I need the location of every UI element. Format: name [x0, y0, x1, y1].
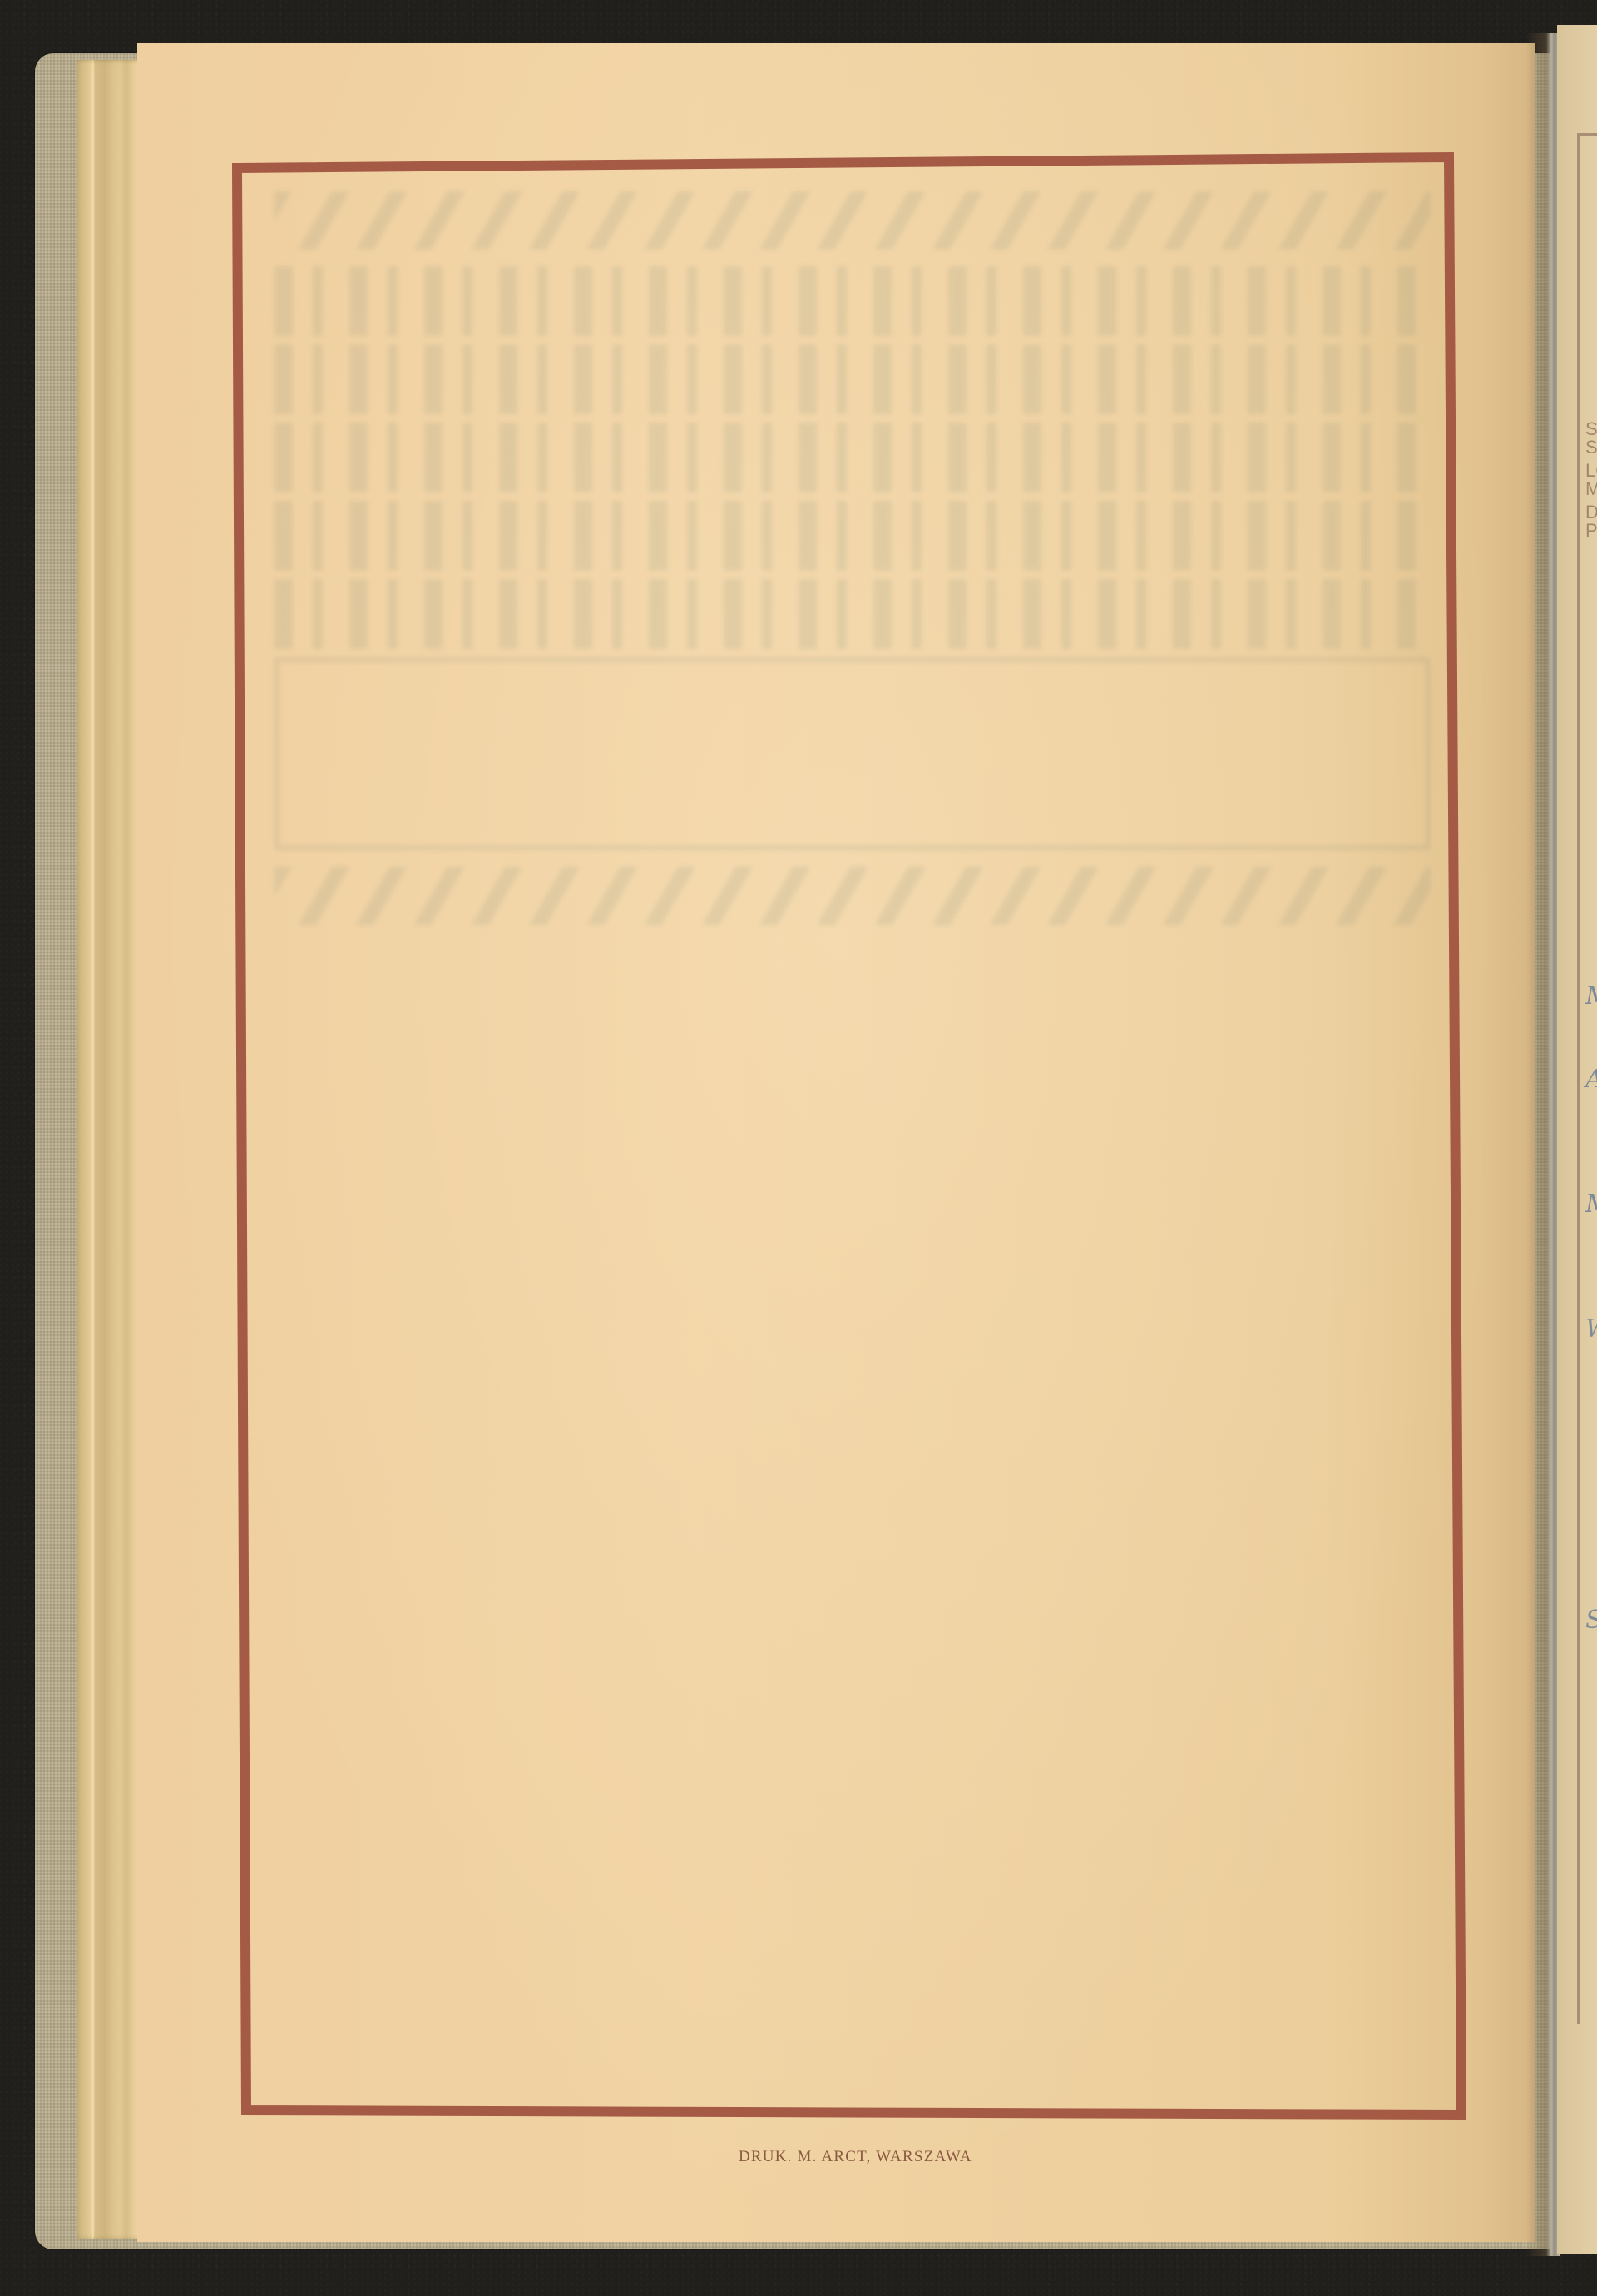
handwriting-fragment: A — [1585, 1065, 1597, 1094]
handwriting-fragment: W — [1585, 1314, 1597, 1343]
handwriting-fragment: M — [1585, 982, 1597, 1011]
adjacent-fragment: SZK — [1585, 438, 1597, 457]
adjacent-fragment: MIE — [1585, 480, 1597, 498]
adjacent-fragment: SCH — [1585, 420, 1597, 438]
book-gutter — [1526, 33, 1560, 2256]
handwriting-fragment: M — [1585, 1190, 1597, 1219]
printer-colophon: DRUK. M. ARCT, WARSZAWA — [739, 2148, 968, 2166]
adjacent-fragment: DIS — [1585, 503, 1597, 522]
adjacent-fragment: PO — [1585, 522, 1597, 540]
adjacent-fragment: LOC — [1585, 462, 1597, 480]
book-page — [137, 43, 1535, 2242]
page-stack-edge — [77, 60, 143, 2239]
adjacent-page-sliver: SCH SZK LOC MIE DIS PO M A M W S — [1557, 25, 1597, 2254]
handwriting-fragment: S — [1585, 1606, 1597, 1635]
